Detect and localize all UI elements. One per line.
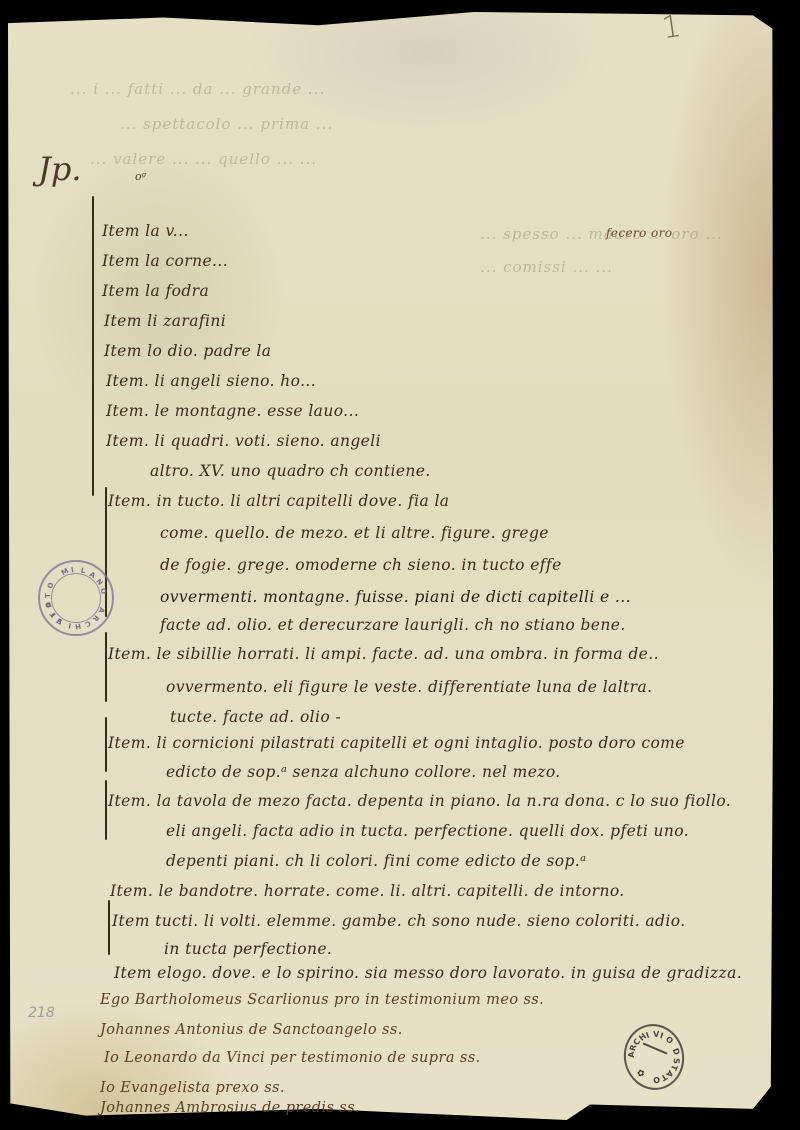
folio-number: 1: [660, 9, 684, 46]
signature-line: Johannes Ambrosius de predis ss.: [100, 1100, 360, 1116]
item-line: Item. le bandotre. horrate. come. li. al…: [110, 882, 625, 900]
signature-line: Ego Bartholomeus Scarlionus pro in testi…: [100, 992, 544, 1008]
signature-line: Io Evangelista prexo ss.: [100, 1080, 285, 1096]
item-line-continued: altro. XV. uno quadro ch contiene.: [150, 462, 431, 480]
item-line: Item. li angeli sieno. ho...: [106, 372, 316, 390]
item-line: Item la v...: [102, 222, 189, 240]
heading-mark: Jp.: [38, 150, 81, 188]
item-line-continued: edicto de sop.ᵃ senza alchuno collore. n…: [166, 763, 561, 781]
item-line-continued: eli angeli. facta adio in tucta. perfect…: [166, 822, 689, 840]
margin-bracket: [105, 632, 107, 702]
margin-bracket: [105, 780, 107, 840]
signature-line: Johannes Antonius de Sanctoangelo ss.: [100, 1022, 403, 1038]
item-line-continued: tucte. facte ad. olio -: [170, 708, 341, 726]
superscript-note: oᵍ: [135, 170, 146, 183]
item-line: Item tucti. li volti. elemme. gambe. ch …: [112, 912, 686, 930]
item-line: Item la fodra: [102, 282, 209, 300]
item-line-continued: in tucta perfectione.: [164, 940, 332, 958]
bleed-through-line: ... valere ... ... quello ... ...: [90, 150, 317, 168]
right-note: fecero oro: [606, 226, 672, 240]
item-line: Item. li cornicioni pilastrati capitelli…: [108, 734, 685, 752]
item-line-continued: de fogie. grege. omoderne ch sieno. in t…: [160, 556, 562, 574]
item-line: Item. le montagne. esse lauo...: [106, 402, 359, 420]
item-line: Item elogo. dove. e lo spirino. sia mess…: [114, 964, 742, 982]
margin-bracket: [92, 196, 94, 496]
item-line: Item li zarafini: [104, 312, 226, 330]
item-line-continued: ovvermento. eli figure le veste. differe…: [166, 678, 652, 696]
bleed-through-line: ... comissi ... ...: [480, 258, 613, 276]
item-line-continued: come. quello. de mezo. et li altre. figu…: [160, 524, 549, 542]
item-line: Item. li quadri. voti. sieno. angeli: [106, 432, 381, 450]
stamp-ring-text: S T A T O M I L A N O A R C H I V I O: [40, 562, 112, 634]
archive-stamp-left: S T A T O M I L A N O A R C H I V I O: [38, 560, 114, 636]
margin-bracket: [108, 900, 110, 955]
bleed-through-line: ... spettacolo ... prima ...: [120, 115, 333, 133]
signature-line: Io Leonardo da Vinci per testimonio de s…: [104, 1050, 481, 1066]
item-line: Item. in tucto. li altri capitelli dove.…: [108, 492, 449, 510]
item-line: Item. la tavola de mezo facta. depenta i…: [108, 792, 731, 810]
item-line: Item la corne...: [102, 252, 228, 270]
item-line-continued: facte ad. olio. et derecurzare laurigli.…: [160, 616, 626, 634]
item-line-continued: depenti piani. ch li colori. fini come e…: [166, 852, 586, 870]
pencil-note: 218: [28, 1005, 55, 1021]
bleed-through-line: ... spesso ... mauro ... oro ...: [480, 225, 723, 243]
bleed-through-line: ... i ... fatti ... da ... grande ...: [70, 80, 325, 98]
item-line-continued: ovvermenti. montagne. fuisse. piani de d…: [160, 588, 631, 606]
margin-bracket: [105, 717, 107, 772]
item-line: Item. le sibillie horrati. li ampi. fact…: [108, 645, 659, 663]
item-line: Item lo dio. padre la: [104, 342, 271, 360]
